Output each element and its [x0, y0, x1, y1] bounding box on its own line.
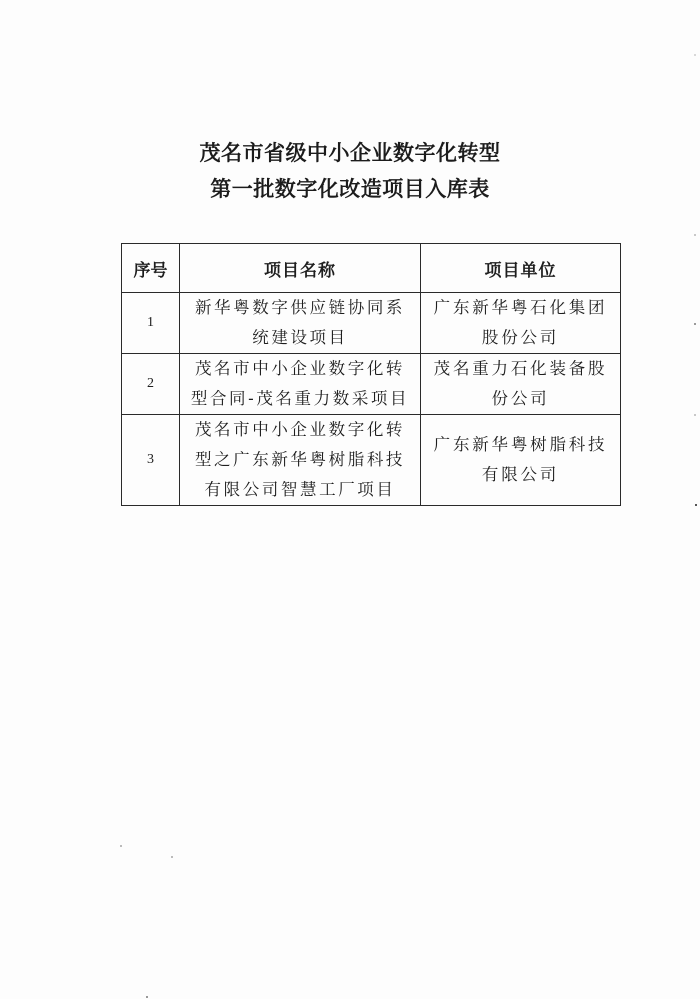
header-project-unit: 项目单位 [421, 244, 621, 293]
project-unit-line: 茂名重力石化装备股 [421, 354, 620, 384]
project-name-line: 型之广东新华粤树脂科技 [180, 445, 420, 475]
project-unit-line: 广东新华粤树脂科技 [421, 430, 620, 460]
seq-cell: 2 [122, 354, 180, 415]
header-seq: 序号 [122, 244, 180, 293]
scan-speck [171, 856, 173, 858]
project-name-line: 新华粤数字供应链协同系 [180, 293, 420, 323]
scan-speck [120, 845, 122, 847]
scan-speck [694, 323, 696, 325]
table-row: 1 新华粤数字供应链协同系 统建设项目 广东新华粤石化集团 股份公司 [122, 293, 621, 354]
project-name-line: 有限公司智慧工厂项目 [180, 475, 420, 505]
project-unit-line: 有限公司 [421, 460, 620, 490]
project-table: 序号 项目名称 项目单位 1 新华粤数字供应链协同系 统建设项目 广东新华粤石化… [121, 243, 621, 506]
project-unit-cell: 广东新华粤树脂科技 有限公司 [421, 415, 621, 506]
seq-cell: 3 [122, 415, 180, 506]
document-title-line-2: 第一批数字化改造项目入库表 [0, 173, 700, 203]
project-name-cell: 茂名市中小企业数字化转 型之广东新华粤树脂科技 有限公司智慧工厂项目 [180, 415, 421, 506]
document-title-line-1: 茂名市省级中小企业数字化转型 [0, 137, 700, 167]
scan-speck [695, 504, 697, 506]
project-name-cell: 茂名市中小企业数字化转 型合同-茂名重力数采项目 [180, 354, 421, 415]
project-name-cell: 新华粤数字供应链协同系 统建设项目 [180, 293, 421, 354]
table-row: 3 茂名市中小企业数字化转 型之广东新华粤树脂科技 有限公司智慧工厂项目 广东新… [122, 415, 621, 506]
table-row: 2 茂名市中小企业数字化转 型合同-茂名重力数采项目 茂名重力石化装备股 份公司 [122, 354, 621, 415]
scan-speck [146, 996, 148, 998]
scan-speck [694, 54, 696, 56]
scan-speck [694, 414, 696, 416]
project-unit-line: 股份公司 [421, 323, 620, 353]
header-project-name: 项目名称 [180, 244, 421, 293]
project-name-line: 统建设项目 [180, 323, 420, 353]
table-header-row: 序号 项目名称 项目单位 [122, 244, 621, 293]
scan-speck [694, 234, 696, 236]
project-unit-cell: 茂名重力石化装备股 份公司 [421, 354, 621, 415]
project-unit-line: 份公司 [421, 384, 620, 414]
project-unit-cell: 广东新华粤石化集团 股份公司 [421, 293, 621, 354]
project-name-line: 型合同-茂名重力数采项目 [180, 384, 420, 414]
project-unit-line: 广东新华粤石化集团 [421, 293, 620, 323]
seq-cell: 1 [122, 293, 180, 354]
project-name-line: 茂名市中小企业数字化转 [180, 415, 420, 445]
project-name-line: 茂名市中小企业数字化转 [180, 354, 420, 384]
document-page: 茂名市省级中小企业数字化转型 第一批数字化改造项目入库表 序号 项目名称 项目单… [0, 0, 700, 999]
